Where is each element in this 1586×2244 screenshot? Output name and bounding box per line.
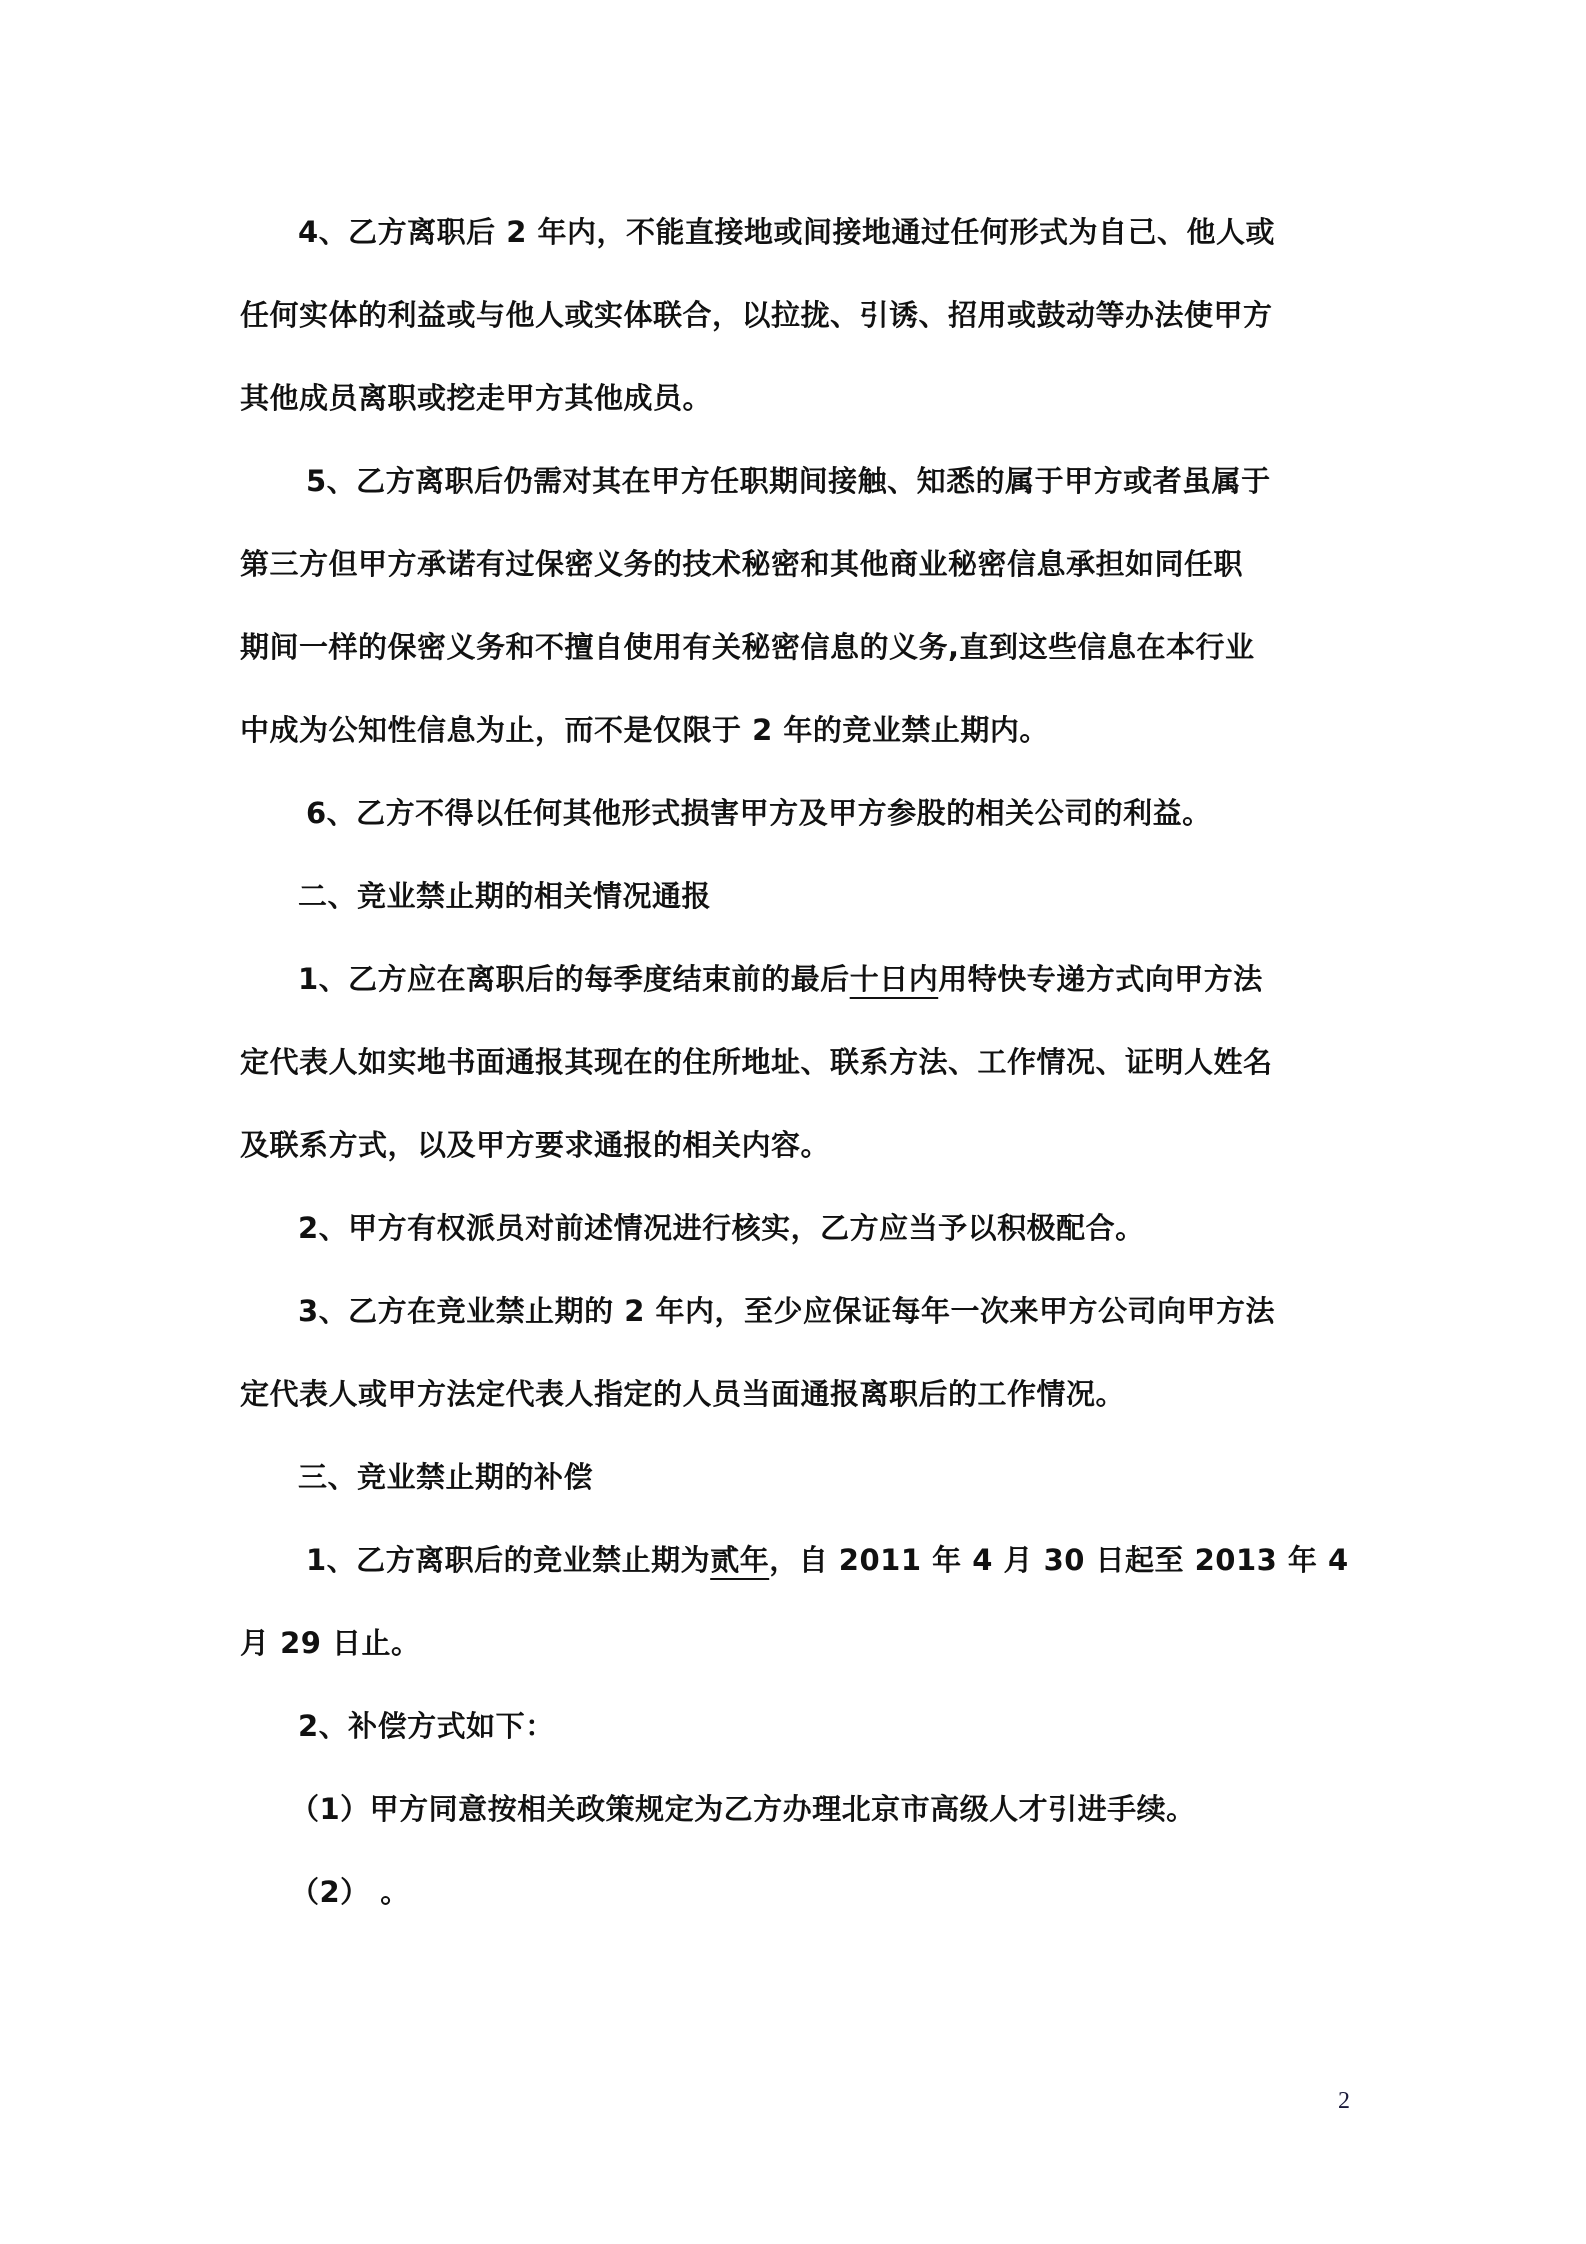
clause-4-line-3: 其他成员离职或挖走甲方其他成员。	[240, 378, 712, 418]
clause-5-line-3: 期间一样的保密义务和不擅自使用有关秘密信息的义务,直到这些信息在本行业	[240, 627, 1255, 667]
clause-text: 1、乙方离职后的竞业禁止期为	[306, 1543, 710, 1577]
clause-4-line-2: 任何实体的利益或与他人或实体联合，以拉拢、引诱、招用或鼓动等办法使甲方	[240, 295, 1273, 335]
document-page: 4、乙方离职后 2 年内，不能直接地或间接地通过任何形式为自己、他人或 任何实体…	[0, 0, 1586, 2244]
section-2-clause-2: 2、甲方有权派员对前述情况进行核实，乙方应当予以积极配合。	[298, 1208, 1145, 1248]
section-3-clause-1-line-1: 1、乙方离职后的竞业禁止期为贰年，自 2011 年 4 月 30 日起至 201…	[306, 1540, 1349, 1580]
section-2-heading: 二、竞业禁止期的相关情况通报	[298, 876, 711, 916]
clause-5-line-4: 中成为公知性信息为止，而不是仅限于 2 年的竞业禁止期内。	[240, 710, 1049, 750]
section-3-heading: 三、竞业禁止期的补偿	[298, 1457, 593, 1497]
section-2-clause-3-line-2: 定代表人或甲方法定代表人指定的人员当面通报离职后的工作情况。	[240, 1374, 1125, 1414]
section-3-clause-1-line-2: 月 29 日止。	[240, 1623, 421, 1663]
compensation-item-1: （1）甲方同意按相关政策规定为乙方办理北京市高级人才引进手续。	[290, 1789, 1196, 1829]
clause-text: 用特快专递方式向甲方法	[938, 962, 1263, 996]
clause-text: 1、乙方应在离职后的每季度结束前的最后	[298, 962, 850, 996]
underlined-term: 贰年	[710, 1543, 769, 1577]
clause-4-line-1: 4、乙方离职后 2 年内，不能直接地或间接地通过任何形式为自己、他人或	[298, 212, 1275, 252]
page-number: 2	[1338, 2088, 1350, 2115]
clause-5-line-1: 5、乙方离职后仍需对其在甲方任职期间接触、知悉的属于甲方或者虽属于	[306, 461, 1271, 501]
section-2-clause-1-line-2: 定代表人如实地书面通报其现在的住所地址、联系方法、工作情况、证明人姓名	[240, 1042, 1273, 1082]
compensation-item-2: （2） 。	[290, 1872, 410, 1912]
clause-6: 6、乙方不得以任何其他形式损害甲方及甲方参股的相关公司的利益。	[306, 793, 1212, 833]
section-2-clause-1-line-3: 及联系方式，以及甲方要求通报的相关内容。	[240, 1125, 830, 1165]
underlined-term: 十日内	[850, 962, 939, 996]
clause-text: ，自 2011 年 4 月 30 日起至 2013 年 4	[769, 1543, 1349, 1577]
section-3-clause-2: 2、补偿方式如下：	[298, 1706, 555, 1746]
section-2-clause-3-line-1: 3、乙方在竞业禁止期的 2 年内，至少应保证每年一次来甲方公司向甲方法	[298, 1291, 1275, 1331]
section-2-clause-1-line-1: 1、乙方应在离职后的每季度结束前的最后十日内用特快专递方式向甲方法	[298, 959, 1263, 999]
clause-5-line-2: 第三方但甲方承诺有过保密义务的技术秘密和其他商业秘密信息承担如同任职	[240, 544, 1243, 584]
